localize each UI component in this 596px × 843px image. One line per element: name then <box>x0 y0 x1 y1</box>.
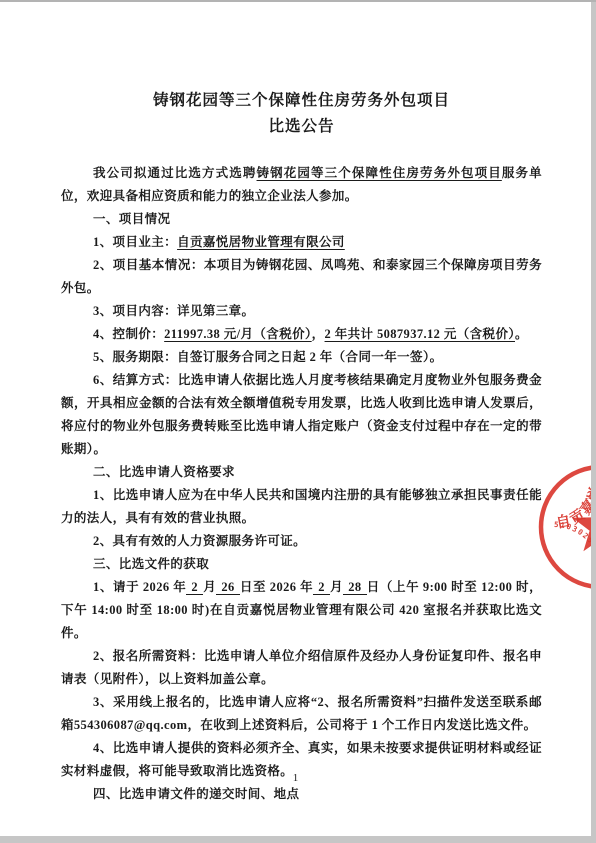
document-title-block: 铸钢花园等三个保障性住房劳务外包项目 比选公告 <box>61 88 542 140</box>
document-body: 我公司拟通过比选方式选聘铸钢花园等三个保障性住房劳务外包项目服务单位，欢迎具备相… <box>61 162 542 806</box>
company-seal-stamp: 自贡嘉悦居 5103025099 <box>537 461 591 593</box>
blank-month-1: 2 <box>186 580 203 595</box>
section2-heading: 二、比选申请人资格要求 <box>61 461 542 484</box>
contact-email: 554306087@qq.com <box>74 718 188 732</box>
document-content: 铸钢花园等三个保障性住房劳务外包项目 比选公告 我公司拟通过比选方式选聘铸钢花园… <box>61 2 542 806</box>
section3-heading: 三、比选文件的获取 <box>61 553 542 576</box>
section1-item1: 1、项目业主：自贡嘉悦居物业管理有限公司 <box>61 231 542 254</box>
price-period: 。 <box>515 327 528 341</box>
month-char-1: 月 <box>203 580 216 594</box>
section1-item6: 6、结算方式：比选申请人依据比选人月度考核结果确定月度物业外包服务费金额，开具相… <box>61 369 542 461</box>
section1-item3: 3、项目内容：详见第三章。 <box>61 300 542 323</box>
monthly-price-value: 211997.38 元/月（含税价） <box>164 327 311 341</box>
date-mid-text: 日至 2026 年 <box>240 580 314 594</box>
owner-company-name: 自贡嘉悦居物业管理有限公司 <box>177 235 345 249</box>
total-price-value: 2 年共计 5087937.12 元（含税价） <box>325 327 515 341</box>
quoted-materials-reference: “2、报名所需资料” <box>311 695 424 709</box>
page-number: 1 <box>0 772 591 784</box>
blank-day-1: 26 <box>216 580 239 595</box>
intro-paragraph: 我公司拟通过比选方式选聘铸钢花园等三个保障性住房劳务外包项目服务单位，欢迎具备相… <box>61 162 542 208</box>
registration-date-text: 1、请于 2026 年 <box>93 580 186 594</box>
project-name-underlined: 铸钢花园等三个保障性住房劳务外包项目 <box>257 166 502 180</box>
owner-label: 1、项目业主： <box>93 235 177 249</box>
control-price-label: 4、控制价： <box>93 327 164 341</box>
section1-heading: 一、项目情况 <box>61 208 542 231</box>
intro-text-pre: 我公司拟通过比选方式选聘 <box>93 166 257 180</box>
section3-item1: 1、请于 2026 年2月26日至 2026 年2月28日（上午 9:00 时至… <box>61 576 542 645</box>
section2-item1: 1、比选申请人应为在中华人民共和国境内注册的具有能够独立承担民事责任能力的法人，… <box>61 484 542 530</box>
document-subtitle: 比选公告 <box>61 114 542 140</box>
section4-heading: 四、比选申请文件的递交时间、地点 <box>61 783 542 806</box>
section1-item4: 4、控制价：211997.38 元/月（含税价），2 年共计 5087937.1… <box>61 323 542 346</box>
blank-month-2: 2 <box>313 580 330 595</box>
month-char-2: 月 <box>330 580 343 594</box>
blank-day-2: 28 <box>343 580 366 595</box>
section3-item3: 3、采用线上报名的，比选申请人应将“2、报名所需资料”扫描件发送至联系邮箱554… <box>61 691 542 737</box>
price-separator: ， <box>312 327 325 341</box>
section2-item2: 2、具有有效的人力资源服务许可证。 <box>61 530 542 553</box>
section1-item5: 5、服务期限：自签订服务合同之日起 2 年（合同一年一签）。 <box>61 346 542 369</box>
section1-item2: 2、项目基本情况：本项目为铸钢花园、凤鸣苑、和泰家园三个保障房项目劳务外包。 <box>61 254 542 300</box>
after-receipt-text: ，在收到上述资料后，公司将于 1 个工作日内发送比选文件。 <box>187 718 536 732</box>
scanned-page-background: 铸钢花园等三个保障性住房劳务外包项目 比选公告 我公司拟通过比选方式选聘铸钢花园… <box>0 0 596 843</box>
online-registration-text: 3、采用线上报名的，比选申请人应将 <box>93 695 311 709</box>
section3-item2: 2、报名所需资料：比选申请人单位介绍信原件及经办人身份证复印件、报名申请表（见附… <box>61 645 542 691</box>
document-title: 铸钢花园等三个保障性住房劳务外包项目 <box>61 88 542 114</box>
document-page: 铸钢花园等三个保障性住房劳务外包项目 比选公告 我公司拟通过比选方式选聘铸钢花园… <box>0 2 591 836</box>
